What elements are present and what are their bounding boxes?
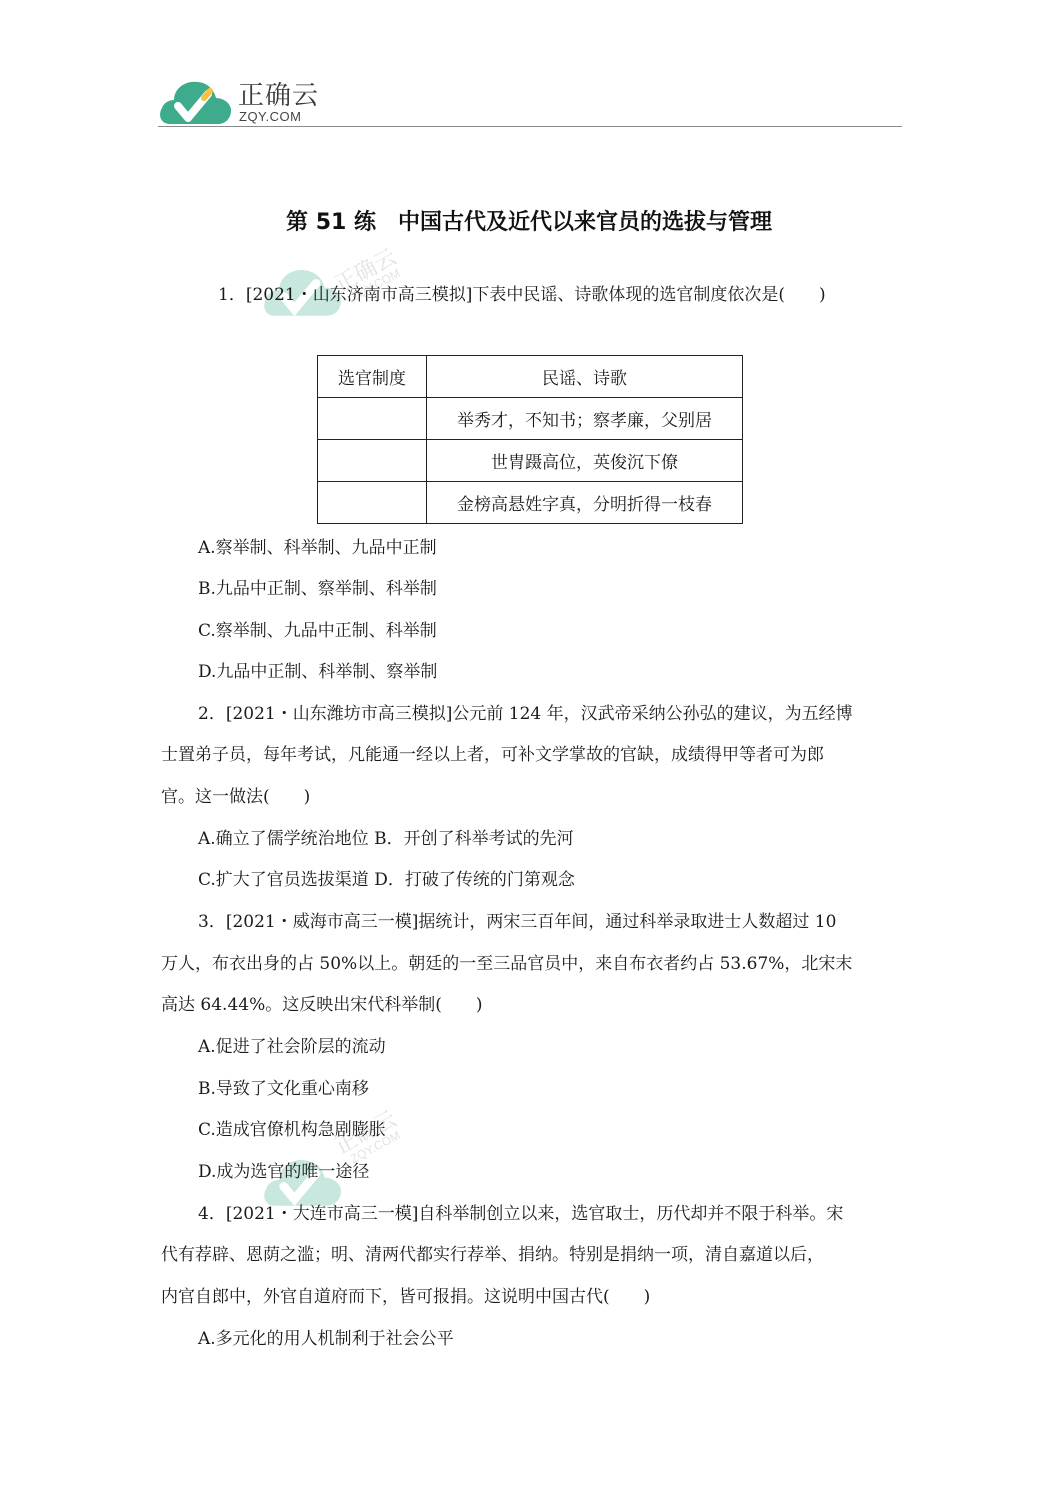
logo-text: 正确云 (238, 82, 319, 110)
logo-domain: ZQY.COM (239, 109, 302, 124)
question-2-stem: 士置弟子员，每年考试，凡能通一经以上者，可补文学掌故的官缺，成绩得甲等者可为郎 (161, 745, 824, 765)
option-a: A.多元化的用人机制利于社会公平 (198, 1329, 454, 1349)
table-row: 金榜高悬姓字真，分明折得一枝春 (318, 482, 743, 524)
option-c: C.造成官僚机构急剧膨胀 (198, 1120, 386, 1140)
option-b: B.导致了文化重心南移 (198, 1079, 369, 1099)
option-a: A.促进了社会阶层的流动 (198, 1037, 386, 1057)
option-b: B.九品中正制、察举制、科举制 (198, 579, 437, 599)
option-d: D.成为选官的唯一途径 (198, 1162, 369, 1182)
table-cell (318, 398, 427, 440)
table-header-cell: 选官制度 (318, 356, 427, 398)
cloud-check-logo-icon (158, 78, 232, 126)
question-3-stem: 高达 64.44%。这反映出宋代科举制( ) (161, 995, 483, 1015)
header-divider (158, 126, 902, 127)
question-1-stem: 1．[2021・山东济南市高三模拟]下表中民谣、诗歌体现的选官制度依次是( ) (218, 285, 826, 305)
question-2-stem: 官。这一做法( ) (161, 787, 310, 807)
question-4-stem: 4．[2021・大连市高三一模]自科举制创立以来，选官取士，历代却并不限于科举。… (198, 1204, 843, 1224)
question-4-stem: 代有荐辟、恩荫之滥；明、清两代都实行荐举、捐纳。特别是捐纳一项，清自嘉道以后， (161, 1245, 824, 1265)
table-cell (318, 482, 427, 524)
question-4-stem: 内官自郎中，外官自道府而下，皆可报捐。这说明中国古代( ) (161, 1287, 650, 1307)
question-3-stem: 万人，布衣出身的占 50%以上。朝廷的一至三品官员中，来自布衣者约占 53.67… (161, 954, 852, 974)
table-cell: 金榜高悬姓字真，分明折得一枝春 (427, 482, 743, 524)
page-title: 第 51 练 中国古代及近代以来官员的选拔与管理 (0, 205, 1058, 236)
table-cell (318, 440, 427, 482)
watermark-cloud-icon (262, 1152, 342, 1212)
table-row: 世胄蹑高位，英俊沉下僚 (318, 440, 743, 482)
table-cell: 举秀才，不知书；察孝廉，父别居 (427, 398, 743, 440)
table-header-cell: 民谣、诗歌 (427, 356, 743, 398)
question-2-stem: 2．[2021・山东潍坊市高三模拟]公元前 124 年，汉武帝采纳公孙弘的建议，… (198, 704, 853, 724)
option-d: D.九品中正制、科举制、察举制 (198, 662, 437, 682)
option-c-d: C.扩大了官员选拔渠道 D．打破了传统的门第观念 (198, 870, 575, 890)
page-header: 正确云 ZQY.COM (158, 78, 902, 128)
table-row: 举秀才，不知书；察孝廉，父别居 (318, 398, 743, 440)
option-a-b: A.确立了儒学统治地位 B．开创了科举考试的先河 (198, 829, 574, 849)
question-3-stem: 3．[2021・威海市高三一模]据统计，两宋三百年间，通过科举录取进士人数超过 … (198, 912, 836, 932)
table-cell: 世胄蹑高位，英俊沉下僚 (427, 440, 743, 482)
table-header-row: 选官制度 民谣、诗歌 (318, 356, 743, 398)
question-1-table: 选官制度 民谣、诗歌 举秀才，不知书；察孝廉，父别居 世胄蹑高位，英俊沉下僚 金… (317, 355, 743, 524)
option-c: C.察举制、九品中正制、科举制 (198, 621, 437, 641)
option-a: A.察举制、科举制、九品中正制 (198, 538, 437, 558)
